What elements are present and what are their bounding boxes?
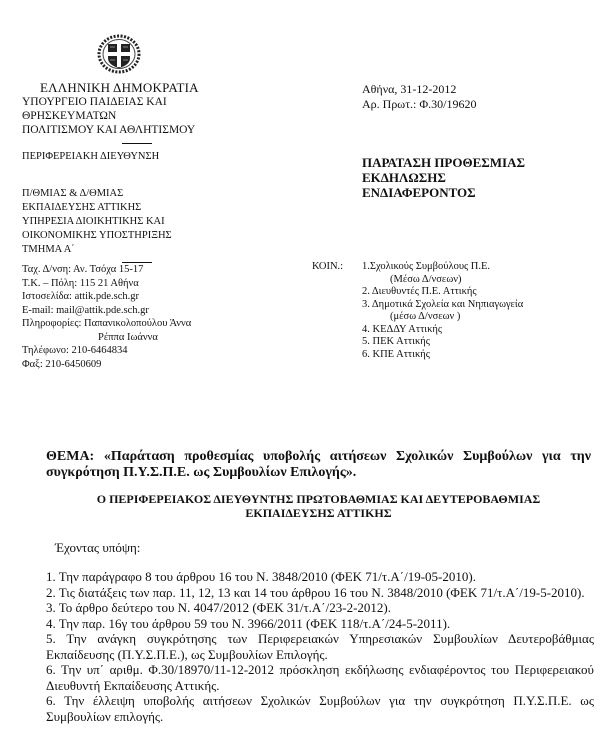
department-line: Π/ΘΜΙΑΣ & Δ/ΘΜΙΑΣ	[22, 187, 292, 201]
recipients-list: 1.Σχολικούς Συμβούλους Π.Ε.(Μέσω Δ/νσεων…	[362, 261, 602, 361]
contact-block: Ταχ. Δ/νση: Αν. Τσόχα 15-17 Τ.Κ. – Πόλη:…	[22, 263, 302, 371]
recipient-item: 1.Σχολικούς Συμβούλους Π.Ε.	[362, 261, 602, 274]
recipient-item: 6. ΚΠΕ Αττικής	[362, 349, 602, 362]
ministry-line: ΘΡΗΣΚΕΥΜΑΤΩΝ	[22, 109, 282, 123]
place-date: Αθήνα, 31-12-2012	[362, 82, 476, 97]
director-line: Ο ΠΕΡΙΦΕΡΕΙΑΚΟΣ ΔΙΕΥΘΥΝΤΗΣ ΠΡΩΤΟΒΑΘΜΙΑΣ …	[46, 492, 591, 506]
director-line: ΕΚΠΑΙΔΕΥΣΗΣ ΑΤΤΙΚΗΣ	[46, 506, 591, 520]
director-title: Ο ΠΕΡΙΦΕΡΕΙΑΚΟΣ ΔΙΕΥΘΥΝΤΗΣ ΠΡΩΤΟΒΑΘΜΙΑΣ …	[46, 492, 591, 520]
recipient-item: 2. Διευθυντές Π.Ε. Αττικής	[362, 286, 602, 299]
ministry-header: ΕΛΛΗΝΙΚΗ ΔΗΜΟΚΡΑΤΙΑ ΥΠΟΥΡΓΕΙΟ ΠΑΙΔΕΙΑΣ Κ…	[22, 81, 282, 164]
protocol-number: Αρ. Πρωτ.: Φ.30/19620	[362, 97, 476, 112]
regional-directorate: ΠΕΡΙΦΕΡΕΙΑΚΗ ΔΙΕΥΘΥΝΣΗ	[22, 150, 282, 164]
consideration-item: 2. Τις διατάξεις των παρ. 11, 12, 13 και…	[46, 585, 594, 601]
department-line: ΕΚΠΑΙΔΕΥΣΗΣ ΑΤΤΙΚΗΣ	[22, 201, 292, 215]
greek-coat-of-arms-icon	[96, 34, 142, 74]
website: Ιστοσελίδα: attik.pde.sch.gr	[22, 290, 302, 304]
info-contact-second: Ρέππα Ιωάννα	[22, 331, 302, 345]
consideration-item: 4. Την παρ. 16γ του άρθρου 59 του Ν. 396…	[46, 616, 594, 632]
phone: Τηλέφωνο: 210-6464834	[22, 344, 302, 358]
department-line: ΤΜΗΜΑ Α΄	[22, 243, 292, 257]
title-line: ΕΚΔΗΛΩΣΗΣ	[362, 170, 525, 185]
subject-line: ΘΕΜΑ: «Παράταση προθεσμίας υποβολής αιτή…	[46, 449, 591, 465]
reference-block: Αθήνα, 31-12-2012 Αρ. Πρωτ.: Φ.30/19620	[362, 82, 476, 112]
consideration-item: 1. Την παράγραφο 8 του άρθρου 16 του Ν. …	[46, 569, 594, 585]
recipient-item: 5. ΠΕΚ Αττικής	[362, 336, 602, 349]
consideration-item: 3. Το άρθρο δεύτερο του Ν. 4047/2012 (ΦΕ…	[46, 600, 594, 616]
recipient-item: (μέσω Δ/νσεων )	[362, 311, 602, 324]
department-line: ΟΙΚΟΝΟΜΙΚΗΣ ΥΠΟΣΤΗΡΙΞΗΣ	[22, 229, 292, 243]
document-title: ΠΑΡΑΤΑΣΗ ΠΡΟΘΕΣΜΙΑΣ ΕΚΔΗΛΩΣΗΣ ΕΝΔΙΑΦΕΡΟΝ…	[362, 155, 525, 200]
ministry-line: ΠΟΛΙΤΙΣΜΟΥ ΚΑΙ ΑΘΛΗΤΙΣΜΟΥ	[22, 123, 282, 137]
consideration-item: 6. Την έλλειψη υποβολής αιτήσεων Σχολικώ…	[46, 693, 594, 724]
city: Τ.Κ. – Πόλη: 115 21 Αθήνα	[22, 277, 302, 291]
info-contact: Πληροφορίες: Παπανικολοπούλου Άννα	[22, 317, 302, 331]
consideration-item: 6. Την υπ΄ αριθμ. Φ.30/18970/11-12-2012 …	[46, 662, 594, 693]
considerations-list: 1. Την παράγραφο 8 του άρθρου 16 του Ν. …	[46, 569, 594, 724]
recipient-item: (Μέσω Δ/νσεων)	[362, 274, 602, 287]
recipients-label: ΚΟΙΝ.:	[312, 261, 343, 272]
divider	[122, 143, 152, 144]
considering-heading: Έχοντας υπόψη:	[55, 540, 140, 556]
department-block: Π/ΘΜΙΑΣ & Δ/ΘΜΙΑΣ ΕΚΠΑΙΔΕΥΣΗΣ ΑΤΤΙΚΗΣ ΥΠ…	[22, 187, 292, 269]
consideration-item: 5. Την ανάγκη συγκρότησης των Περιφερεια…	[46, 631, 594, 662]
address: Ταχ. Δ/νση: Αν. Τσόχα 15-17	[22, 263, 302, 277]
title-line: ΕΝΔΙΑΦΕΡΟΝΤΟΣ	[362, 185, 525, 200]
subject-line: συγκρότηση Π.Υ.Σ.Π.Ε. ως Συμβουλίων Επιλ…	[46, 465, 591, 481]
recipient-item: 3. Δημοτικά Σχολεία και Νηπιαγωγεία	[362, 299, 602, 312]
fax: Φαξ: 210-6450609	[22, 358, 302, 372]
ministry-line: ΥΠΟΥΡΓΕΙΟ ΠΑΙΔΕΙΑΣ ΚΑΙ	[22, 95, 282, 109]
title-line: ΠΑΡΑΤΑΣΗ ΠΡΟΘΕΣΜΙΑΣ	[362, 155, 525, 170]
recipient-item: 4. ΚΕΔΔΥ Αττικής	[362, 324, 602, 337]
republic-title: ΕΛΛΗΝΙΚΗ ΔΗΜΟΚΡΑΤΙΑ	[22, 81, 282, 95]
email: E-mail: mail@attik.pde.sch.gr	[22, 304, 302, 318]
subject: ΘΕΜΑ: «Παράταση προθεσμίας υποβολής αιτή…	[46, 449, 591, 481]
department-line: ΥΠΗΡΕΣΙΑ ΔΙΟΙΚΗΤΙΚΗΣ ΚΑΙ	[22, 215, 292, 229]
